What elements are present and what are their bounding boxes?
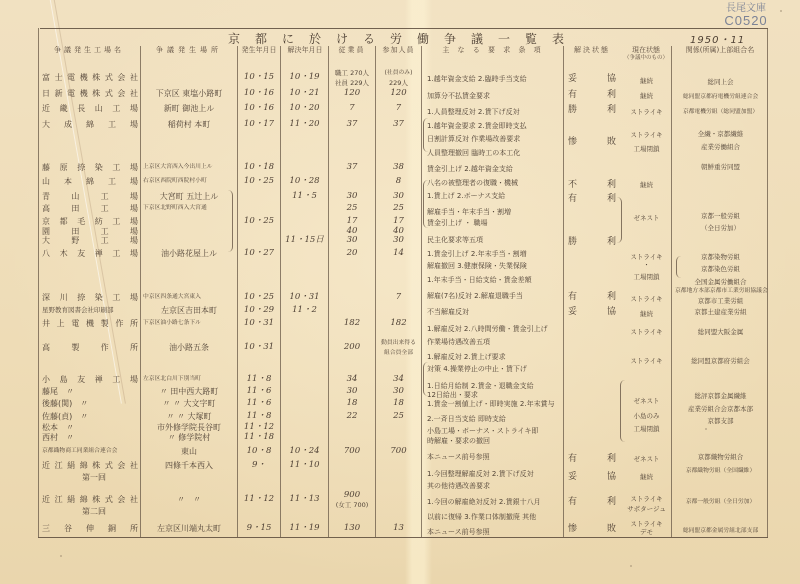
resolution-status: 有利 [568,194,616,205]
demand-line: 賃金引上げ 2.越年資金支給 [427,164,562,175]
dispute-location: 稲荷村 本町 [143,119,235,130]
column-divider [563,46,564,537]
end-date: 11・15日 [282,235,327,246]
demand-line: 本ニュース前号参照 [427,452,562,463]
participant-count: 34 [377,374,420,385]
demand-line: 1.人員整理反対 2.賃下げ反対 [427,107,562,118]
dispute-location: 上京区大宮西入今出川上ル [143,162,235,173]
paper-speck [780,10,782,12]
resolution-status: 妥協 [568,472,616,483]
current-status: ストライキ [622,294,671,305]
employee-count: 34 [330,374,374,385]
resolution-status: 不利 [568,180,616,191]
resolution-status: 有利 [568,90,616,101]
union-name: 京都染物労組 [675,252,766,263]
dispute-location: 東山 [143,446,235,457]
employee-count: 22 [330,411,374,422]
current-status: デモ [622,527,671,538]
demand-line: 民主化要求等五項 [427,235,562,246]
participant-count: 182 [377,318,420,329]
start-date: 11・12 [239,494,279,505]
demand-line: 解雇手当・年末手当・割増 [427,207,562,218]
participant-count-note: 組合員全部 [377,348,420,359]
union-name: 産業労組合会京都本部 [675,404,766,415]
union-name: 全繊・京都繊維 [675,129,766,140]
end-date: 11・13 [282,494,327,505]
resolution-status: 勝利 [568,105,616,116]
end-date: 10・19 [282,72,327,83]
union-name: 京都市工業労組 [675,296,766,307]
factory-name: 青山工場 [42,191,138,202]
start-date: 10・17 [239,119,279,130]
document-date: 1950・11 [690,31,745,46]
dispute-location: 〃 〃 [143,494,235,505]
union-name: 総同盟大阪金属 [675,327,766,338]
employee-count: 30 [330,235,374,246]
end-date: 11・19 [282,523,327,534]
resolution-status: 妥協 [568,307,616,318]
factory-name: 八木友禅工場 [42,248,138,259]
factory-name: 京都織物商工同業組合連合会 [42,446,138,457]
employee-count: 130 [330,523,374,534]
factory-name: 日新電機株式会社 [42,88,138,99]
current-status: 継続 [622,180,671,191]
dispute-location: 右京区西院町西院村小町 [143,176,235,187]
employee-count: 182 [330,318,374,329]
dispute-location: 〃 〃 大文字町 [143,398,235,409]
current-status: ゼネスト [622,454,671,465]
demand-line: 解雇(7名)反対 2.解雇退職手当 [427,291,562,302]
union-name: 京都一般労組 [675,211,766,222]
factory-name: 大成綿工場 [42,119,138,130]
employee-count-note: (女工 700) [330,500,374,511]
header-end-date: 解決年月日 [282,45,328,55]
start-date: 11・8 [239,411,279,422]
start-date: 10・18 [239,162,279,173]
end-date: 10・31 [282,292,327,303]
demand-line: 2.一斉日当支給 即時支給 [427,414,562,425]
factory-name: 佐藤(貞) 〃 [42,411,138,422]
dispute-location: 下京区北野町西入大宮通 [143,203,235,214]
demand-line: 1.賃金一割値上げ・即時実施 2.年末賞与 [427,399,562,410]
participant-count: 18 [377,398,420,409]
demand-line: 八名の被整理者の復職・機械 [427,178,562,189]
demand-line: 1.賃金引上げ 2.年末手当・割増 [427,249,562,260]
current-status: ゼネスト [622,396,671,407]
union-name: 総同上会 [675,77,766,88]
end-date: 10・28 [282,176,327,187]
union-name: 総同盟京都府労組会 [675,356,766,367]
dispute-location: 左京区吉田本町 [143,305,235,316]
resolution-status: 勝利 [568,237,616,248]
participant-count: 13 [377,523,420,534]
employee-count: 37 [330,162,374,173]
table-top-border [40,28,768,29]
start-date: 9・15 [239,523,279,534]
demand-line: 1.越年資金要求 2.賃金即時支払 [427,121,562,132]
union-name: 京都支部 [675,416,766,427]
start-date: 11・6 [239,386,279,397]
start-date: 10・27 [239,248,279,259]
header-employees: 従業員 [329,45,375,55]
union-name: 京都織物労組（全国繊維） [675,466,766,477]
factory-name: 井上電機製作所 [42,318,138,329]
current-status: 小島のみ [622,411,671,422]
employee-count: 30 [330,386,374,397]
start-date: 10・8 [239,446,279,457]
current-status: ストライキ [622,356,671,367]
column-divider [237,46,238,537]
dispute-location: 〃 修学院村 [143,432,235,443]
dispute-location: 四條千本西入 [143,460,235,471]
union-name: 京都一般労組（全日労加） [675,497,766,508]
union-name: 総同盟京都金属労組北部支部 [675,526,766,537]
current-status: ストライキ [622,107,671,118]
end-date: 11・10 [282,460,327,471]
demand-line: 人員整理撤回 臨時工の本工化 [427,148,562,159]
header-current-status-note: （争議中のもの） [620,53,672,61]
current-status: 工場閉鎖 [622,272,671,283]
participant-count: 37 [377,119,420,130]
end-date: 10・24 [282,446,327,457]
resolution-status: 有利 [568,454,616,465]
union-name: 京都土建産業労組 [675,307,766,318]
paper-speck [630,565,632,567]
start-date: 10・15 [239,72,279,83]
factory-name: 小島友禅工場 [42,374,138,385]
header-union: 関係(所属)上部組合名 [673,45,767,55]
start-date: 11・18 [239,432,279,443]
header-start-date: 発生年月日 [238,45,280,55]
end-date: 11・20 [282,119,327,130]
factory-name: 近江絹綿株式会社 [42,460,138,471]
header-resolution: 解決状態 [566,45,618,55]
current-status: ストライキ [622,327,671,338]
union-name: （全日労加） [675,223,766,234]
participant-count: 8 [377,176,420,187]
end-date: 11・2 [282,305,327,316]
factory-name: 藤尾 〃 [42,386,138,397]
employee-count: 18 [330,398,374,409]
factory-name-note: 第一回 [82,472,132,483]
factory-name: 星野教育図書会社印刷部 [42,305,138,316]
dispute-location: 左京区川端丸太町 [143,523,235,534]
start-date: 10・31 [239,342,279,353]
factory-name: 藤原捺染工場 [42,162,138,173]
resolution-status: 惨敗 [568,524,616,535]
union-name: 総同盟京都府電機労組連合会 [675,92,766,103]
end-date: 11・5 [282,191,327,202]
factory-name: 高製作所 [42,342,138,353]
start-date: 10・16 [239,88,279,99]
participant-count: 14 [377,248,420,259]
start-date: 11・8 [239,374,279,385]
column-divider [671,46,672,537]
employee-count: 37 [330,119,374,130]
employee-count: 20 [330,248,374,259]
demand-line: 以前に復帰 3.作業口体制撤廃 其他 [427,512,562,523]
participant-count: 38 [377,162,420,173]
paper-speck [705,428,707,430]
participant-count: 120 [377,88,420,99]
resolution-status: 有利 [568,292,616,303]
demand-line: 1.年末手当・日給支給・賃金差額 [427,275,562,286]
demand-line: 本ニュース前号参照 [427,527,562,538]
paper-speck [60,555,62,557]
participant-count: 700 [377,446,420,457]
current-status: 工場閉鎖 [622,424,671,435]
union-name: 京都染色労組 [675,264,766,275]
factory-name: 富士電機株式会社 [42,72,138,83]
demand-line: 解雇撤回 3.健康保険・失業保険 [427,261,562,272]
participant-count: 7 [377,103,420,114]
current-status: 継続 [622,76,671,87]
current-status: ストライキ [622,130,671,141]
demand-line: 作業場待遇改善五項 [427,337,562,348]
factory-name: 近江絹綿株式会社 [42,494,138,505]
start-date: 10・29 [239,305,279,316]
demand-line: 其の他待遇改善要求 [427,481,562,492]
demand-line: 1.今回整理解雇反対 2.賃下げ反対 [427,469,562,480]
current-status: ・ [622,260,671,271]
column-divider [140,46,141,537]
factory-name: 山本綿工場 [42,176,138,187]
start-date: 11・6 [239,398,279,409]
employee-count: 25 [330,203,374,214]
participant-count: 30 [377,235,420,246]
union-name: 産業労働組合 [675,142,766,153]
end-date: 10・20 [282,103,327,114]
resolution-status: 有利 [568,497,616,508]
dispute-location: 新町 御池上ル [143,103,235,114]
factory-name: 大野工場 [42,235,138,246]
participant-count: 30 [377,191,420,202]
factory-name: 高田工場 [42,203,138,214]
participant-count: 25 [377,411,420,422]
demand-line: 1.解雇反対 2.賃上げ要求 [427,352,562,363]
table-right-border [767,28,768,538]
participant-count: 30 [377,386,420,397]
current-status: ゼネスト [622,213,671,224]
current-status: 継続 [622,309,671,320]
factory-name: 後藤(関) 〃 [42,398,138,409]
resolution-status: 妥協 [568,74,616,85]
participant-count: 7 [377,292,420,303]
dispute-location: 油小路花屋上ル [143,248,235,259]
start-date: 9・ [239,460,279,471]
demand-line: 1.解雇反対 2.八時間労働・賃金引上げ [427,324,562,335]
current-status: 工場閉鎖 [622,144,671,155]
dispute-location: 下京区油小路七条下ル [143,318,235,329]
scanned-document: 長尾文庫 C0520 京都に於ける労働争議一覧表 1950・11 争議発生工場名… [0,0,800,584]
union-name: 京都織物労組合 [675,452,766,463]
stamp-catalog-number: C0520 [718,14,774,28]
header-participants: 参加人員 [376,45,421,55]
employee-count: 200 [330,342,374,353]
column-divider [421,46,422,537]
dispute-location: 中京区四条通大宮東入 [143,292,235,303]
demand-line: 加算分不払賃金要求 [427,91,562,102]
participant-count: 25 [377,203,420,214]
demand-line: 時解雇・要求の撤回 [427,436,562,447]
column-divider [328,46,329,537]
current-status: 継続 [622,91,671,102]
demand-line: 1.賃上げ 2.ボーナス支給 [427,191,562,202]
start-date: 10・25 [239,216,279,227]
employee-count: 120 [330,88,374,99]
current-status: 継続 [622,472,671,483]
start-date: 10・31 [239,318,279,329]
demand-line: 日割計算反対 作業場改善要求 [427,134,562,145]
demand-line: 不当解雇反対 [427,307,562,318]
factory-name: 深川捺染工場 [42,292,138,303]
factory-name-note: 第二回 [82,506,132,517]
factory-name: 三谷伸銅所 [42,523,138,534]
factory-name: 近畿長山工場 [42,103,138,114]
start-date: 10・16 [239,103,279,114]
header-factory: 争議発生工場名 [40,45,138,55]
table-left-border [38,28,39,538]
employee-count: 7 [330,103,374,114]
demand-line: 1.越年資金支給 2.臨時手当支給 [427,74,562,85]
dispute-location: 油小路五条 [143,342,235,353]
union-name: 朝鮮重労同盟 [675,162,766,173]
archive-stamp: 長尾文庫 C0520 [718,3,774,28]
factory-name: 西村 〃 [42,432,138,443]
start-date: 10・25 [239,292,279,303]
header-location: 争議発生場所 [142,45,236,55]
dispute-location: 〃 〃 大塚町 [143,411,235,422]
employee-count: 700 [330,446,374,457]
dispute-location: 〃 田中西大路町 [143,386,235,397]
resolution-status: 惨敗 [568,137,616,148]
employee-count: 30 [330,191,374,202]
column-divider [375,46,376,537]
start-date: 10・25 [239,176,279,187]
header-demands: 主 な る 要 求 条 項 [423,45,563,55]
current-status: サボタージュ [622,504,671,515]
dispute-location: 下京区 東塩小路町 [143,88,235,99]
demand-line: 対策 4.操業停止の中止・賃下げ [427,364,562,375]
union-name: 京都電機労組（総同盟加盟） [675,107,766,118]
demand-line: 1.今回の解雇絶対反対 2.賃銀十八月 [427,497,562,508]
demand-line: 賃金引上げ ・ 職場 [427,218,562,229]
column-divider [280,46,281,537]
dispute-location: 左京区北白川下別当町 [143,374,235,385]
dispute-location: 大宮町 五辻上ル [143,191,235,202]
end-date: 10・21 [282,88,327,99]
union-name: 総評京都金属繊維 [675,391,766,402]
